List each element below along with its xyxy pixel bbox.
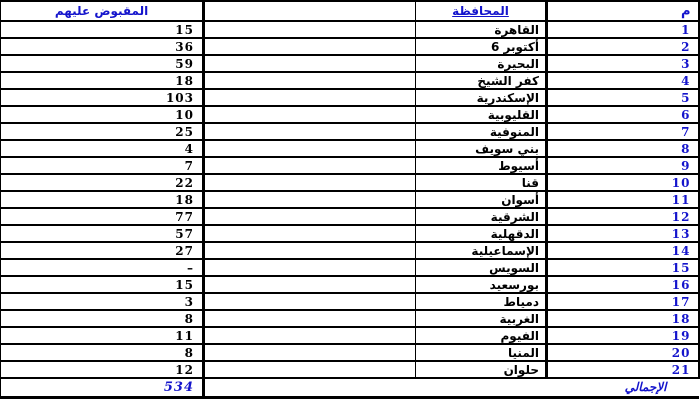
empty-cell [204,21,416,38]
row-index: 3 [547,55,699,72]
arrested-count: 10 [1,106,204,123]
governorate-name: الغربية [416,310,547,327]
empty-cell [204,208,416,225]
table-row: 22 قنا 10 [1,174,699,191]
arrested-count: 4 [1,140,204,157]
empty-cell [204,225,416,242]
arrested-count: 22 [1,174,204,191]
empty-cell [204,310,416,327]
row-index: 18 [547,310,699,327]
row-index: 2 [547,38,699,55]
table-row: 10 القليوبية 6 [1,106,699,123]
arrested-count: 11 [1,327,204,344]
page: المقبوض عليهم المحافظة م 15 القاهرة 1 36… [0,0,700,400]
table-row: 4 بني سويف 8 [1,140,699,157]
governorate-name: البحيرة [416,55,547,72]
row-index: 7 [547,123,699,140]
empty-cell [204,191,416,208]
empty-cell [204,276,416,293]
empty-cell [204,242,416,259]
row-index: 19 [547,327,699,344]
row-index: 21 [547,361,699,378]
empty-cell [204,123,416,140]
row-index: 20 [547,344,699,361]
arrested-column-header: المقبوض عليهم [1,1,204,21]
index-column-header: م [547,1,699,21]
governorate-name: الإسماعيلية [416,242,547,259]
governorate-name: المنيا [416,344,547,361]
row-index: 14 [547,242,699,259]
table-row: 15 القاهرة 1 [1,21,699,38]
empty-cell [204,140,416,157]
governorate-name: 6 أكتوبر [416,38,547,55]
row-index: 8 [547,140,699,157]
governorate-name: الإسكندرية [416,89,547,106]
arrested-count: 18 [1,191,204,208]
table-row: 3 دمياط 17 [1,293,699,310]
total-arrested-value: 534 [1,378,204,397]
governorate-name: كفر الشيخ [416,72,547,89]
row-index: 11 [547,191,699,208]
empty-cell [204,174,416,191]
governorate-name: بورسعيد [416,276,547,293]
governorate-name: القاهرة [416,21,547,38]
governorate-name: دمياط [416,293,547,310]
row-index: 12 [547,208,699,225]
row-index: 13 [547,225,699,242]
arrested-count: 15 [1,276,204,293]
arrested-count: 25 [1,123,204,140]
row-index: 9 [547,157,699,174]
governorate-name: السويس [416,259,547,276]
table-row: 15 بورسعيد 16 [1,276,699,293]
governorate-name: حلوان [416,361,547,378]
table-row: 25 المنوفية 7 [1,123,699,140]
row-index: 16 [547,276,699,293]
table-row: 36 6 أكتوبر 2 [1,38,699,55]
governorate-name: أسوان [416,191,547,208]
arrested-count: 57 [1,225,204,242]
table-row: – السويس 15 [1,259,699,276]
arrested-count: 8 [1,344,204,361]
governorate-name: المنوفية [416,123,547,140]
row-index: 10 [547,174,699,191]
row-index: 4 [547,72,699,89]
table-row: 11 الفيوم 19 [1,327,699,344]
arrested-count: 7 [1,157,204,174]
governorate-name: الدقهلية [416,225,547,242]
governorate-name: بني سويف [416,140,547,157]
arrested-count: 18 [1,72,204,89]
empty-cell [204,38,416,55]
empty-cell [204,55,416,72]
arrested-count: 12 [1,361,204,378]
arrested-count: 36 [1,38,204,55]
empty-column-header [204,1,416,21]
row-index: 1 [547,21,699,38]
arrested-count: 3 [1,293,204,310]
empty-cell [204,327,416,344]
empty-cell [204,259,416,276]
empty-cell [204,89,416,106]
table-row: 8 الغربية 18 [1,310,699,327]
row-index: 17 [547,293,699,310]
table-row: 103 الإسكندرية 5 [1,89,699,106]
table-row: 18 كفر الشيخ 4 [1,72,699,89]
header-row: المقبوض عليهم المحافظة م [1,1,699,21]
arrested-count: 27 [1,242,204,259]
arrested-count: 59 [1,55,204,72]
table-row: 12 حلوان 21 [1,361,699,378]
empty-cell [204,72,416,89]
governorates-arrests-table: المقبوض عليهم المحافظة م 15 القاهرة 1 36… [0,0,700,399]
table-row: 77 الشرقية 12 [1,208,699,225]
row-index: 15 [547,259,699,276]
table-row: 27 الإسماعيلية 14 [1,242,699,259]
empty-cell [204,361,416,378]
table-row: 7 أسيوط 9 [1,157,699,174]
row-index: 6 [547,106,699,123]
total-row: 534 الإجمالي [1,378,699,397]
empty-cell [204,157,416,174]
governorate-name: الشرقية [416,208,547,225]
arrested-count: 8 [1,310,204,327]
empty-cell [204,106,416,123]
governorate-column-header: المحافظة [416,1,547,21]
arrested-count: 77 [1,208,204,225]
empty-cell [204,344,416,361]
empty-cell [204,293,416,310]
table-row: 59 البحيرة 3 [1,55,699,72]
row-index: 5 [547,89,699,106]
governorate-name: قنا [416,174,547,191]
table-row: 18 أسوان 11 [1,191,699,208]
governorate-name: القليوبية [416,106,547,123]
total-label: الإجمالي [204,378,699,397]
table-row: 57 الدقهلية 13 [1,225,699,242]
arrested-count: 103 [1,89,204,106]
table-row: 8 المنيا 20 [1,344,699,361]
governorate-name: أسيوط [416,157,547,174]
arrested-count: 15 [1,21,204,38]
arrested-count: – [1,259,204,276]
governorate-name: الفيوم [416,327,547,344]
